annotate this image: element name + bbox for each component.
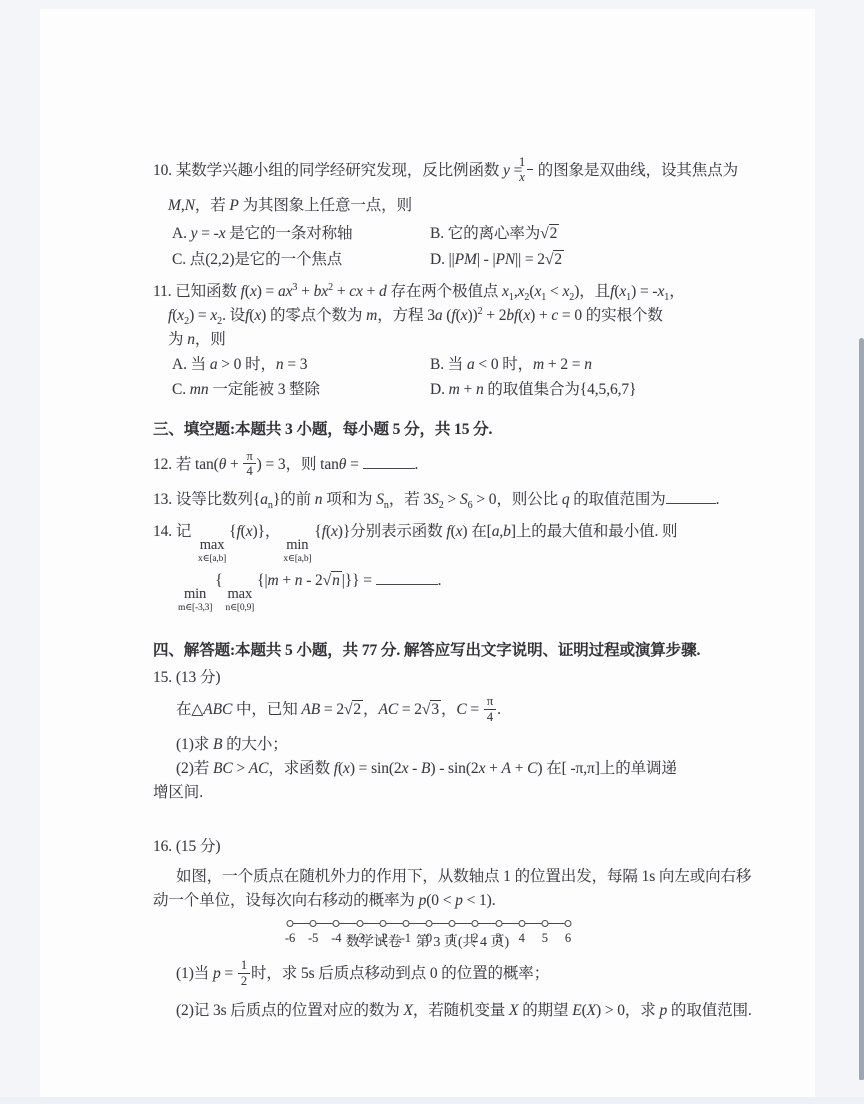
q10-option-d: D. ||PM| - |PN|| = 2√2 bbox=[430, 247, 564, 273]
q10-options: A. y = -x 是它的一条对称轴 B. 它的离心率为√2 C. 点(2,2)… bbox=[153, 221, 765, 273]
question-11: 11. 已知函数 f(x) = ax3 + bx2 + cx + d 存在两个极… bbox=[153, 280, 765, 402]
q11-option-d: D. m + n 的取值集合为{4,5,6,7} bbox=[430, 377, 636, 402]
question-14: 14. 记 maxx∈[a,b]{f(x)}，minx∈[a,b]{f(x)}分… bbox=[153, 516, 765, 613]
scan-edge-shadow bbox=[859, 338, 864, 1080]
q11-option-row-2: C. mn 一定能被 3 整除 D. m + n 的取值集合为{4,5,6,7} bbox=[172, 377, 765, 402]
q10-option-b: B. 它的离心率为√2 bbox=[430, 221, 559, 247]
q16-heading: 16. (15 分) bbox=[153, 835, 765, 859]
q14-line-1: 14. 记 maxx∈[a,b]{f(x)}，minx∈[a,b]{f(x)}分… bbox=[153, 516, 765, 564]
exam-paper-page: 10. 某数学兴趣小组的同学经研究发现，反比例函数 y = 1x 的图象是双曲线… bbox=[40, 9, 815, 1104]
q11-options: A. 当 a > 0 时，n = 3 B. 当 a < 0 时，m + 2 = … bbox=[153, 352, 765, 402]
section-3-header: 三、填空题:本题共 3 小题，每小题 5 分，共 15 分. bbox=[153, 418, 765, 442]
page-footer: 数学试卷 第 3 页(共 4 页) bbox=[40, 931, 815, 951]
q10-option-row-2: C. 点(2,2)是它的一个焦点 D. ||PM| - |PN|| = 2√2 bbox=[172, 247, 765, 273]
q16-para-2: 动一个单位，设每次向右移动的概率为 p(0 < p < 1). bbox=[153, 889, 765, 913]
question-13: 13. 设等比数列{an}的前 n 项和为 Sn，若 3S2 > S6 > 0，… bbox=[153, 488, 765, 512]
q10-option-row-1: A. y = -x 是它的一条对称轴 B. 它的离心率为√2 bbox=[172, 221, 765, 247]
question-12: 12. 若 tan(θ + π4) = 3，则 tanθ = . bbox=[153, 448, 765, 482]
page-content: 10. 某数学兴趣小组的同学经研究发现，反比例函数 y = 1x 的图象是双曲线… bbox=[153, 155, 765, 1023]
question-10: 10. 某数学兴趣小组的同学经研究发现，反比例函数 y = 1x 的图象是双曲线… bbox=[153, 155, 765, 273]
q10-option-a: A. y = -x 是它的一条对称轴 bbox=[172, 221, 430, 247]
q15-heading: 15. (13 分) bbox=[153, 666, 765, 690]
q16-part-2: (2)记 3s 后质点的位置对应的数为 X，若随机变量 X 的期望 E(X) >… bbox=[153, 999, 765, 1023]
section-4-header: 四、解答题:本题共 5 小题，共 77 分. 解答应写出文字说明、证明过程或演算… bbox=[153, 639, 765, 663]
q15-given: 在△ABC 中，已知 AB = 2√2，AC = 2√3，C = π4. bbox=[153, 693, 765, 727]
q16-part-1: (1)当 p = 12时，求 5s 后质点移动到点 0 的位置的概率； bbox=[153, 957, 765, 991]
q11-option-a: A. 当 a > 0 时，n = 3 bbox=[172, 352, 430, 377]
q16-para-1: 如图，一个质点在随机外力的作用下，从数轴点 1 的位置出发，每隔 1s 向左或向… bbox=[153, 865, 765, 889]
q11-line-3: 为 n，则 bbox=[153, 328, 765, 352]
question-16: 16. (15 分) 如图，一个质点在随机外力的作用下，从数轴点 1 的位置出发… bbox=[153, 835, 765, 1023]
q10-option-c: C. 点(2,2)是它的一个焦点 bbox=[172, 247, 430, 273]
q15-part-2: (2)若 BC > AC，求函数 f(x) = sin(2x - B) - si… bbox=[153, 757, 765, 781]
q11-line-1: 11. 已知函数 f(x) = ax3 + bx2 + cx + d 存在两个极… bbox=[153, 280, 765, 304]
q11-option-c: C. mn 一定能被 3 整除 bbox=[172, 377, 430, 402]
question-15: 15. (13 分) 在△ABC 中，已知 AB = 2√2，AC = 2√3，… bbox=[153, 666, 765, 805]
scan-bottom-strip bbox=[0, 1097, 864, 1104]
q11-line-2: f(x2) = x2. 设f(x) 的零点个数为 m，方程 3a (f(x))2… bbox=[153, 304, 765, 328]
q15-part-2-cont: 增区间. bbox=[153, 781, 765, 805]
q10-line-2: M,N，若 P 为其图象上任意一点，则 bbox=[153, 194, 765, 218]
q14-line-2: minm∈[-3,3]{maxn∈[0,9]{|m + n - 2√n|}} =… bbox=[153, 564, 765, 613]
q10-line-1: 10. 某数学兴趣小组的同学经研究发现，反比例函数 y = 1x 的图象是双曲线… bbox=[153, 155, 765, 186]
q11-option-b: B. 当 a < 0 时，m + 2 = n bbox=[430, 352, 592, 377]
screenshot-canvas: 10. 某数学兴趣小组的同学经研究发现，反比例函数 y = 1x 的图象是双曲线… bbox=[0, 0, 864, 1104]
q15-part-1: (1)求 B 的大小； bbox=[153, 733, 765, 757]
q11-option-row-1: A. 当 a > 0 时，n = 3 B. 当 a < 0 时，m + 2 = … bbox=[172, 352, 765, 377]
